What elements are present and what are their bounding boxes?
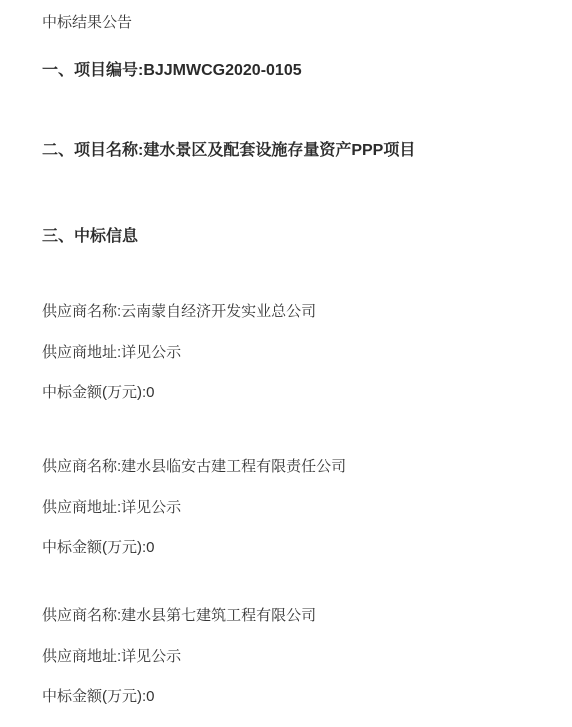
award-amount-line: 中标金额(万元):0 (42, 538, 544, 558)
award-amount-line: 中标金额(万元):0 (42, 687, 544, 707)
supplier-address-line: 供应商地址:详见公示 (42, 647, 544, 667)
heading-project-number: 一、项目编号:BJJMWCG2020-0105 (42, 60, 544, 82)
supplier-name-line: 供应商名称:建水县临安古建工程有限责任公司 (42, 457, 544, 477)
announcement-document: 中标结果公告 一、项目编号:BJJMWCG2020-0105 二、项目名称:建水… (0, 0, 572, 707)
supplier-block-1: 供应商名称:云南蒙自经济开发实业总公司 供应商地址:详见公示 中标金额(万元):… (42, 302, 544, 403)
supplier-block-2: 供应商名称:建水县临安古建工程有限责任公司 供应商地址:详见公示 中标金额(万元… (42, 457, 544, 558)
heading-project-name: 二、项目名称:建水景区及配套设施存量资产PPP项目 (42, 140, 544, 162)
supplier-name-line: 供应商名称:云南蒙自经济开发实业总公司 (42, 302, 544, 322)
supplier-address-line: 供应商地址:详见公示 (42, 343, 544, 363)
supplier-address-line: 供应商地址:详见公示 (42, 498, 544, 518)
supplier-name-line: 供应商名称:建水县第七建筑工程有限公司 (42, 606, 544, 626)
award-amount-line: 中标金额(万元):0 (42, 383, 544, 403)
supplier-block-3: 供应商名称:建水县第七建筑工程有限公司 供应商地址:详见公示 中标金额(万元):… (42, 606, 544, 707)
page-title: 中标结果公告 (42, 13, 544, 33)
heading-award-info: 三、中标信息 (42, 226, 544, 248)
